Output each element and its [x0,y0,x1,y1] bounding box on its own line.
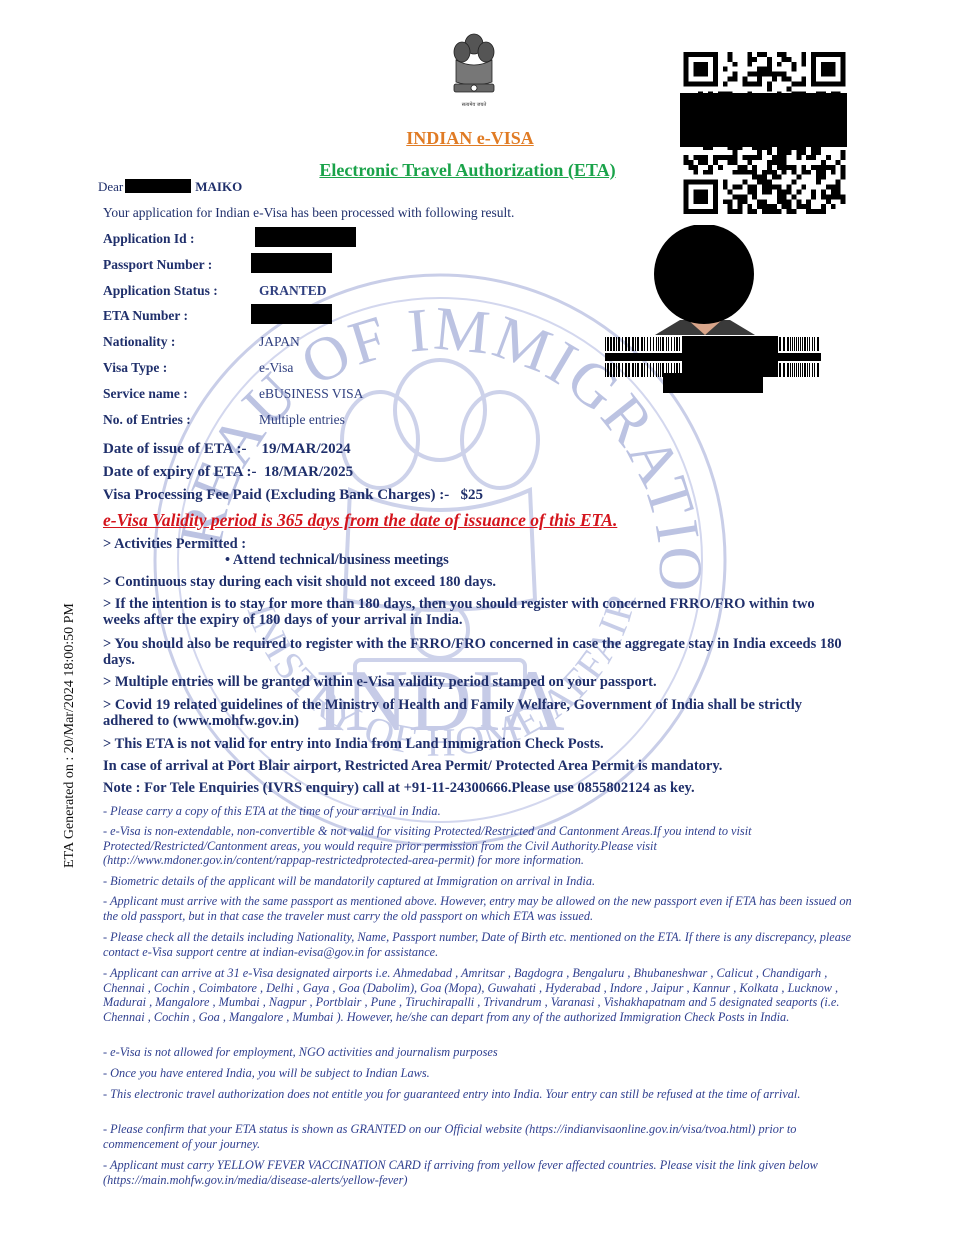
state-emblem: सत्यमेव जयते [450,30,498,114]
processing-fee: Visa Processing Fee Paid (Excluding Bank… [103,487,483,504]
generated-timestamp: ETA Generated on : 20/Mar/2024 18:00:50 … [62,603,78,868]
note-item: - Once you have entered India, you will … [103,1066,853,1081]
field-label: ETA Number : [103,308,188,324]
field-value: eBUSINESS VISA [259,386,363,402]
field-label: Nationality : [103,334,175,350]
note-item: - Please carry a copy of this ETA at the… [103,804,853,819]
status-badge: GRANTED [259,283,327,299]
intro-text: Your application for Indian e-Visa has b… [103,205,514,221]
note-item: - Applicant must arrive with the same pa… [103,894,853,923]
note-item: - This electronic travel authorization d… [103,1087,853,1102]
field-label: Passport Number : [103,257,212,273]
issue-date-value: 19/MAR/2024 [261,441,350,457]
field-label: Application Id : [103,231,195,247]
barcode-number-redaction [663,373,763,393]
note-item: - Please check all the details including… [103,930,853,959]
svg-text:सत्यमेव जयते: सत्यमेव जयते [462,101,487,108]
field-label: Visa Type : [103,360,167,376]
field-value: e-Visa [259,360,293,376]
note-item: - Applicant must carry YELLOW FEVER VACC… [103,1158,853,1187]
note-item: - Biometric details of the applicant wil… [103,874,853,889]
rule-item: > This ETA is not valid for entry into I… [103,736,848,752]
note-item: - Please confirm that your ETA status is… [103,1122,853,1151]
rule-item: > Covid 19 related guidelines of the Min… [103,697,848,729]
greeting-prefix: Dear [98,179,123,194]
field-value: JAPAN [259,334,300,350]
expiry-date-value: 18/MAR/2025 [264,464,353,480]
applicant-photo-icon [650,225,760,335]
issue-date-label: Date of issue of ETA :- [103,441,246,457]
note-item: - e-Visa is not allowed for employment, … [103,1045,853,1060]
field-label: Service name : [103,386,188,402]
rule-item: Note : For Tele Enquiries (IVRS enquiry)… [103,780,848,796]
fee-value: $25 [461,487,484,503]
rule-item: > You should also be required to registe… [103,636,848,668]
field-value-redaction [251,253,332,273]
fee-label: Visa Processing Fee Paid (Excluding Bank… [103,487,449,503]
field-label: Application Status : [103,283,218,299]
rule-item: > Multiple entries will be granted withi… [103,674,848,690]
expiry-date-label: Date of expiry of ETA :- [103,464,256,480]
state-emblem-icon: सत्यमेव जयते [450,30,498,114]
rule-item: > Continuous stay during each visit shou… [103,574,848,590]
activities-label: > Activities Permitted : [103,536,848,552]
expiry-date: Date of expiry of ETA :- 18/MAR/2025 [103,464,353,481]
surname-redaction [125,179,191,193]
rule-item: In case of arrival at Port Blair airport… [103,758,848,774]
greeting: DearMAIKO [98,179,242,195]
applicant-photo [650,225,760,335]
field-value-redaction [251,304,332,324]
barcode-redaction [682,336,778,377]
validity-notice: e-Visa Validity period is 365 days from … [103,510,617,531]
field-value: Multiple entries [259,412,345,428]
given-name: MAIKO [195,179,242,194]
activity-item: • Attend technical/business meetings [225,552,449,569]
note-item: - Applicant can arrive at 31 e-Visa desi… [103,966,853,1024]
rule-item: > If the intention is to stay for more t… [103,596,848,628]
field-label: No. of Entries : [103,412,191,428]
issue-date: Date of issue of ETA :- 19/MAR/2024 [103,441,351,458]
field-value-redaction [255,227,356,247]
qr-code-redaction [680,93,847,147]
note-item: - e-Visa is non-extendable, non-converti… [103,824,853,868]
